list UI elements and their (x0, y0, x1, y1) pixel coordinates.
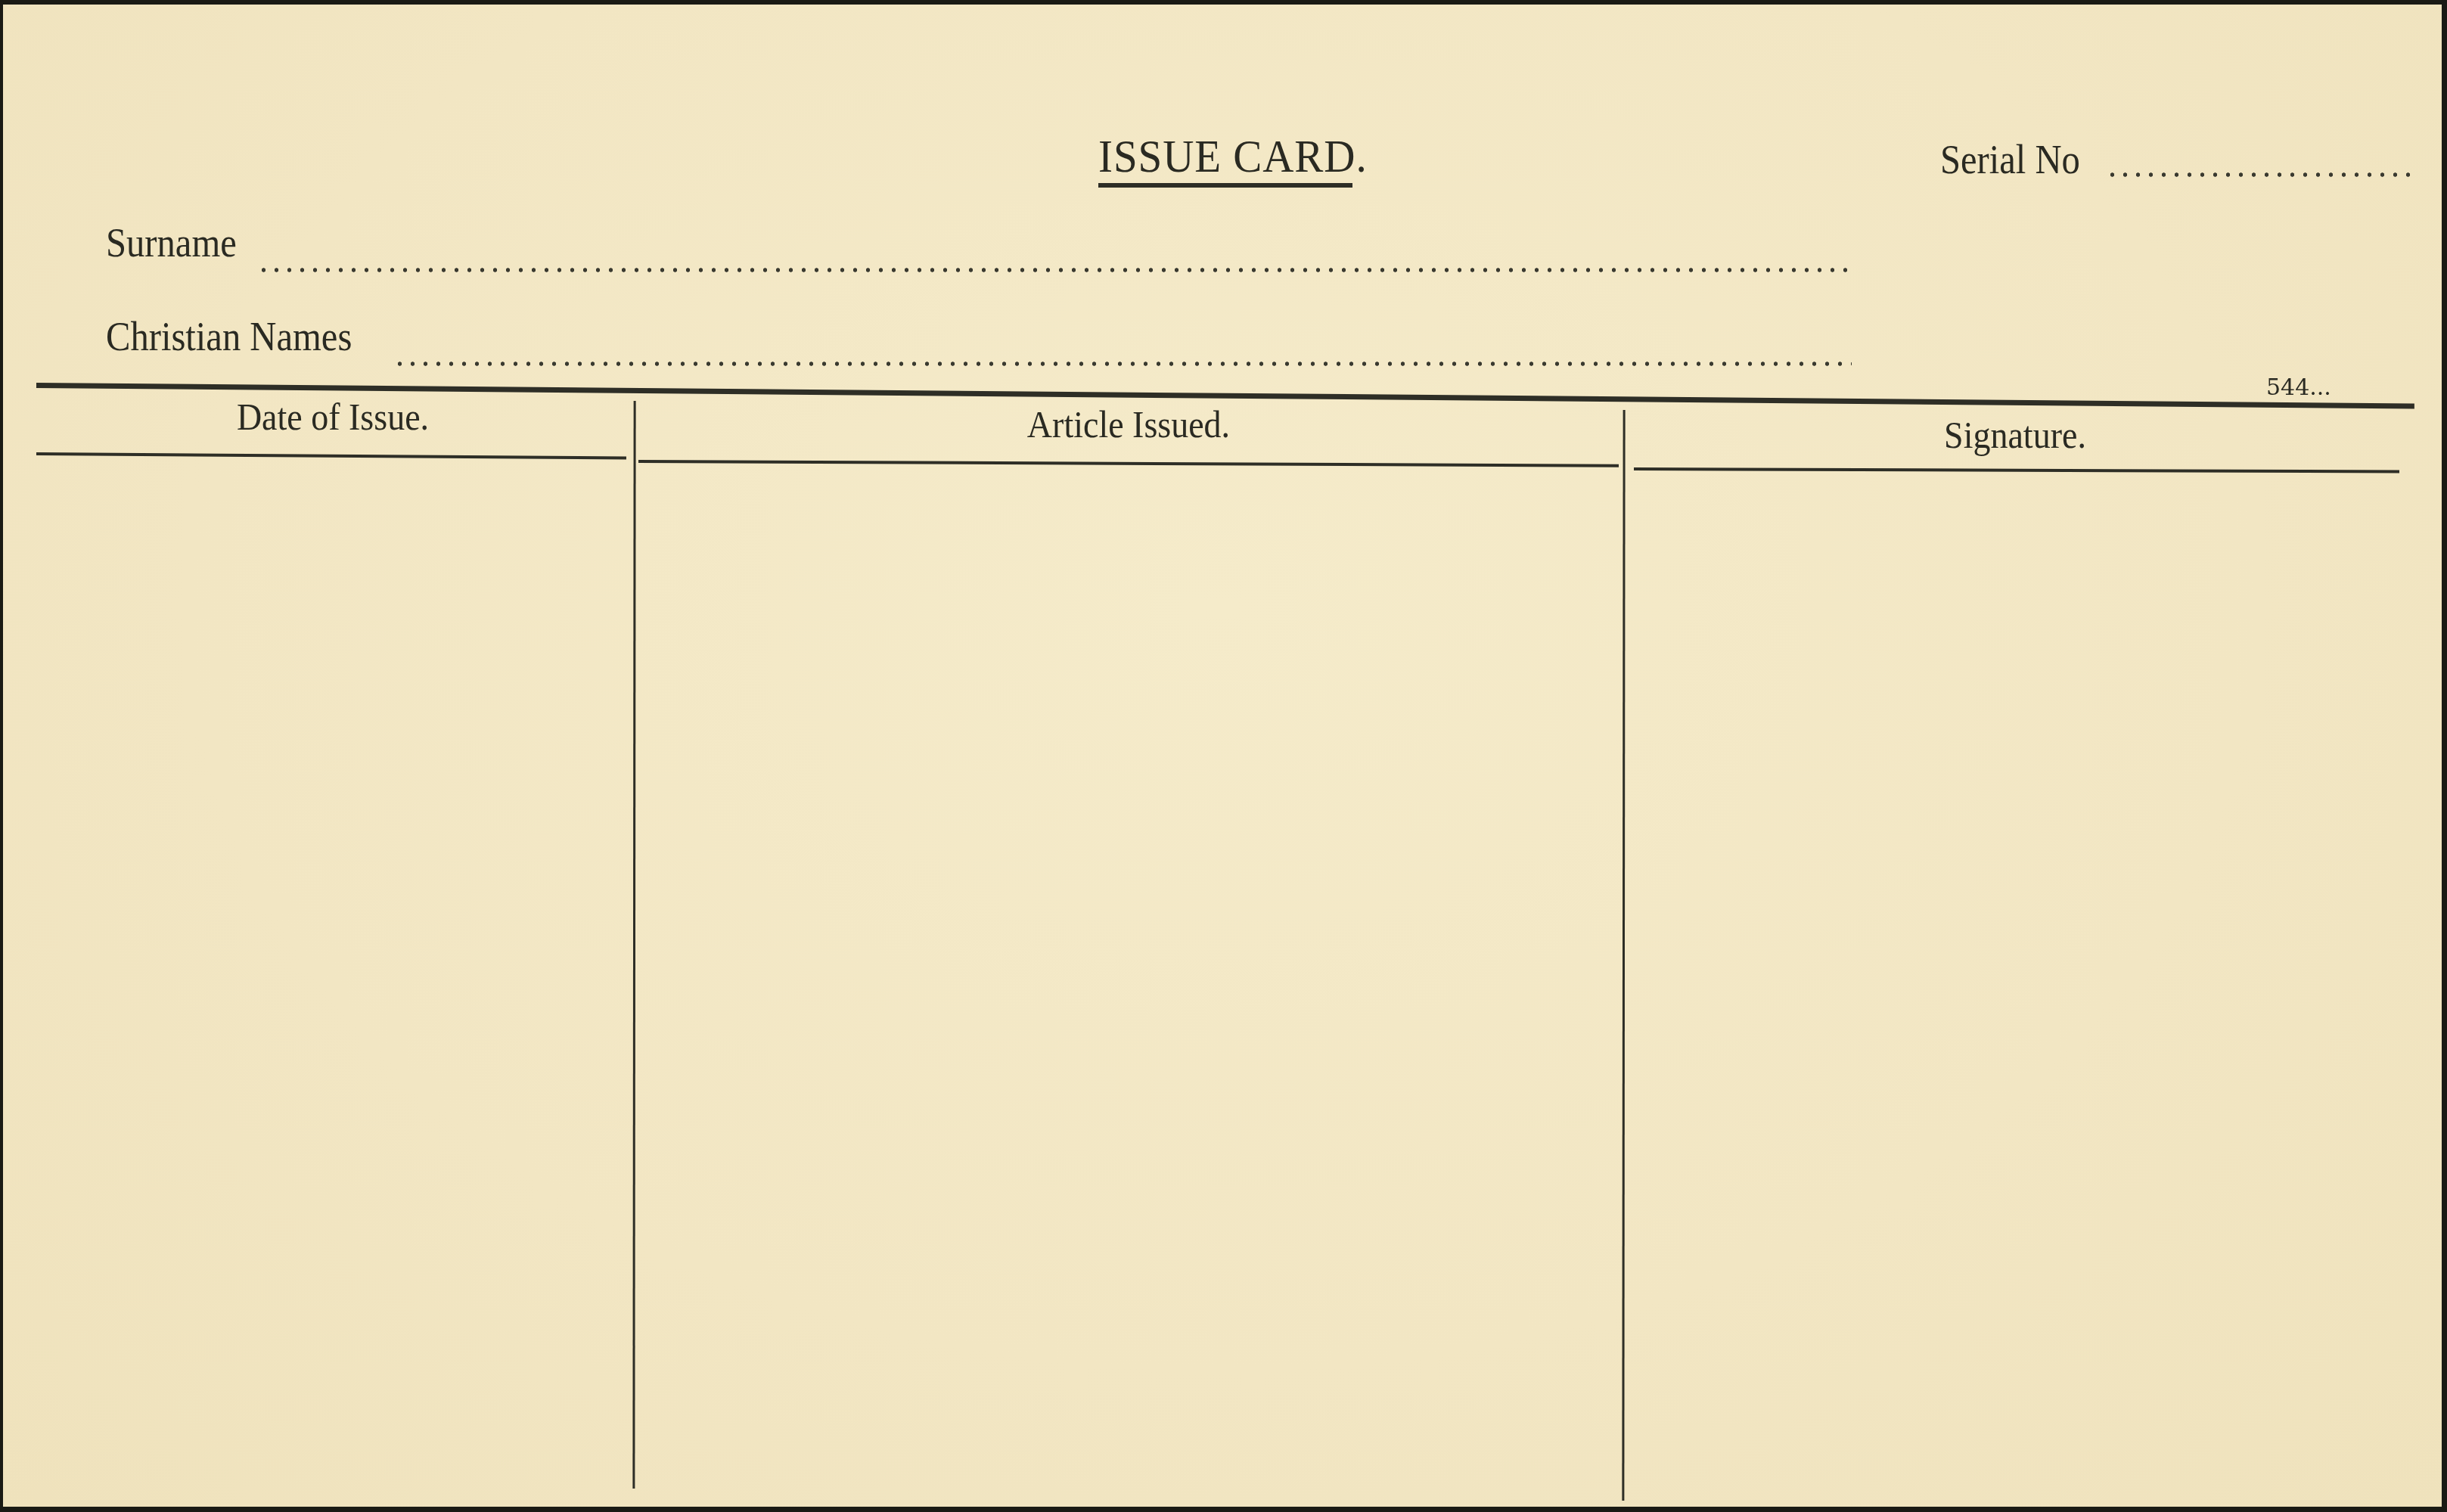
christian-names-field[interactable] (393, 362, 1852, 366)
signature-column-body[interactable] (1626, 477, 2401, 1498)
title-underline (1098, 183, 1352, 188)
column-divider-1 (632, 401, 635, 1489)
serial-number-field[interactable] (2106, 172, 2411, 177)
article-issued-column-body[interactable] (637, 470, 1620, 1491)
serial-number-label: Serial No (1940, 139, 2080, 180)
date-of-issue-column-body[interactable] (36, 466, 631, 1487)
form-number: 544... (2266, 377, 2331, 399)
christian-names-label: Christian Names (106, 316, 352, 357)
card-title: ISSUE CARD. (1098, 133, 1368, 180)
column-header-date-of-issue: Date of Issue. (60, 398, 605, 436)
surname-field[interactable] (257, 268, 1852, 272)
date-column-header-rule (36, 452, 626, 459)
article-column-header-rule (638, 460, 1619, 467)
column-divider-2 (1622, 410, 1625, 1501)
column-header-article-issued: Article Issued. (678, 405, 1579, 443)
signature-column-header-rule (1634, 467, 2399, 473)
surname-label: Surname (106, 222, 237, 263)
column-header-signature: Signature. (1660, 416, 2370, 454)
issue-card: ISSUE CARD. Serial No Surname Christian … (3, 5, 2442, 1507)
